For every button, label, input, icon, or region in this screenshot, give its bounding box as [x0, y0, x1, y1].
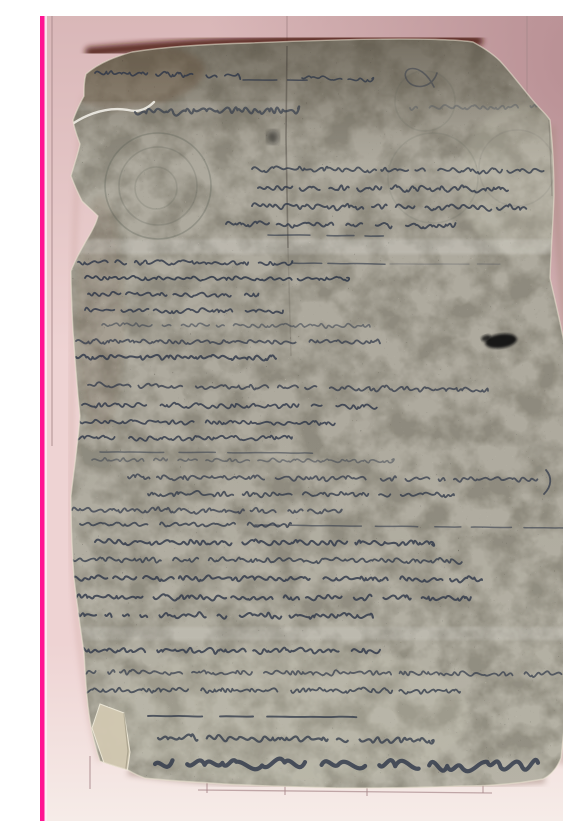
manuscript-photo — [40, 16, 563, 821]
photo-canvas — [40, 16, 563, 821]
magenta-border-stripe — [40, 16, 47, 821]
crease-light-band — [72, 239, 558, 254]
handwriting-line — [292, 263, 385, 264]
magenta-stripe — [40, 16, 45, 821]
paper-clip-group — [60, 26, 563, 806]
ink-blot — [267, 130, 279, 144]
paper-sheet — [60, 26, 563, 806]
crease-light-band — [70, 627, 563, 640]
stripe-highlight — [45, 16, 48, 821]
